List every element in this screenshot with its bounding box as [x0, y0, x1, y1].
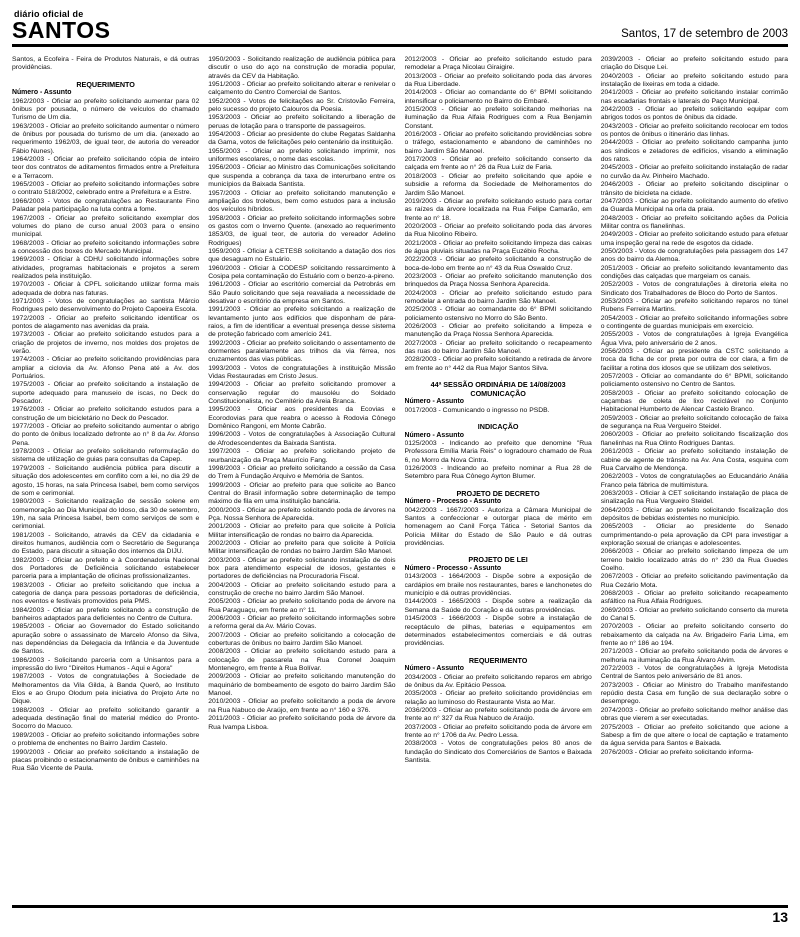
- gazette-entry: 0017/2003 - Comunicando o ingresso no PS…: [405, 407, 592, 415]
- section-column-label: Número - Assunto: [405, 398, 592, 406]
- gazette-entry: 2056/2003 - Oficiar ao presidente da CST…: [601, 348, 788, 373]
- gazette-entry: Santos, a Ecofeira - Feira de Produtos N…: [12, 56, 199, 73]
- gazette-entry: 1954/2003 - Oficiar ao presidente do clu…: [208, 131, 395, 148]
- gazette-entry: 2038/2003 - Votos de congratulações pelo…: [405, 740, 592, 765]
- gazette-entry: 1953/2003 - Oficiar ao prefeito solicita…: [208, 114, 395, 131]
- gazette-entry: 2035/2003 - Oficiar ao prefeito solicita…: [405, 690, 592, 707]
- gazette-entry: 1962/2003 - Oficiar ao prefeito solicita…: [12, 98, 199, 123]
- gazette-entry: 2010/2003 - Oficiar ao prefeito solicita…: [208, 698, 395, 715]
- gazette-entry: 2017/2003 - Oficiar ao prefeito solicita…: [405, 156, 592, 173]
- gazette-entry: 1952/2003 - Votos de felicitações ao Sr.…: [208, 98, 395, 115]
- gazette-entry: 2059/2003 - Oficiar ao prefeito solicita…: [601, 415, 788, 432]
- gazette-entry: 1984/2003 - Oficiar ao prefeito solicita…: [12, 607, 199, 624]
- gazette-entry: 2068/2003 - Oficiar ao prefeito solicita…: [601, 590, 788, 607]
- gazette-entry: 0143/2003 - 1664/2003 - Dispõe sobre a e…: [405, 573, 592, 598]
- gazette-entry: 1976/2003 - Oficiar ao prefeito solicita…: [12, 406, 199, 423]
- gazette-entry: 1979/2003 - Solicitando audiência públic…: [12, 465, 199, 498]
- page-footer: 13: [12, 905, 788, 925]
- gazette-entry: 1982/2003 - Oficiar ao prefeito e à Coor…: [12, 557, 199, 582]
- gazette-entry: 1973/2003 - Oficiar ao prefeito solicita…: [12, 331, 199, 356]
- gazette-entry: 1990/2003 - Oficiar ao prefeito solicita…: [12, 749, 199, 774]
- gazette-entry: 0126/2003 - Indicando ao prefeito nomina…: [405, 465, 592, 482]
- gazette-entry: 1974/2003 - Oficiar ao prefeito solicita…: [12, 356, 199, 381]
- gazette-entry: 2026/2003 - Oficiar ao prefeito solicita…: [405, 323, 592, 340]
- gazette-entry: 2039/2003 - Oficiar ao prefeito solicita…: [601, 56, 788, 73]
- gazette-entry: 2058/2003 - Oficiar ao prefeito solicita…: [601, 390, 788, 415]
- gazette-entry: 1950/2003 - Solicitando realização de au…: [208, 56, 395, 81]
- column-4: 2039/2003 - Oficiar ao prefeito solicita…: [601, 56, 788, 899]
- gazette-entry: 2053/2003 - Oficiar ao prefeito solicita…: [601, 298, 788, 315]
- section-heading: 44ª SESSÃO ORDINÁRIA DE 14/08/2003 COMUN…: [405, 381, 592, 398]
- gazette-entry: 2052/2003 - Votos de congratulações à di…: [601, 281, 788, 298]
- columns-container: Santos, a Ecofeira - Feira de Produtos N…: [12, 56, 788, 899]
- gazette-entry: 2019/2003 - Oficiar ao prefeito solicita…: [405, 198, 592, 223]
- gazette-entry: 2044/2003 - Oficiar ao prefeito solicita…: [601, 139, 788, 164]
- page-number: 13: [12, 909, 788, 925]
- gazette-entry: 1975/2003 - Oficiar ao prefeito solicita…: [12, 381, 199, 406]
- gazette-entry: 2069/2003 - Oficiar ao prefeito solicita…: [601, 607, 788, 624]
- gazette-entry: 2067/2003 - Oficiar ao prefeito solicita…: [601, 573, 788, 590]
- gazette-entry: 2042/2003 - Oficiar ao prefeito solicita…: [601, 106, 788, 123]
- gazette-entry: 1972/2003 - Oficiar ao prefeito solicita…: [12, 315, 199, 332]
- gazette-logo: diário oficial de SANTOS: [12, 10, 110, 42]
- section-heading: REQUERIMENTO: [405, 657, 592, 666]
- gazette-entry: 1996/2003 - Votos de congratulações à As…: [208, 431, 395, 448]
- gazette-entry: 2071/2003 - Oficiar ao prefeito solicita…: [601, 648, 788, 665]
- gazette-entry: 1977/2003 - Oficiar ao prefeito solicita…: [12, 423, 199, 448]
- section-column-label: Número - Processo - Assunto: [405, 565, 592, 573]
- gazette-entry: 2016/2003 - Oficiar ao prefeito solicita…: [405, 131, 592, 156]
- gazette-entry: 2004/2003 - Oficiar ao prefeito solicita…: [208, 582, 395, 599]
- gazette-entry: 0042/2003 - 1667/2003 - Autoriza a Câmar…: [405, 507, 592, 549]
- section-column-label: Número - Assunto: [405, 432, 592, 440]
- gazette-entry: 1958/2003 - Oficiar ao prefeito solicita…: [208, 215, 395, 248]
- gazette-entry: 2034/2003 - Oficiar ao prefeito solicita…: [405, 674, 592, 691]
- gazette-entry: 1983/2003 - Oficiar ao prefeito solicita…: [12, 582, 199, 607]
- gazette-entry: 1965/2003 - Oficiar ao prefeito solicita…: [12, 181, 199, 198]
- gazette-entry: 2013/2003 - Oficiar ao prefeito solicita…: [405, 73, 592, 90]
- gazette-entry: 2048/2003 - Oficiar ao prefeito solicita…: [601, 215, 788, 232]
- gazette-entry: 1989/2003 - Oficiar ao prefeito solicita…: [12, 732, 199, 749]
- column-3: 2012/2003 - Oficiar ao prefeito solicita…: [405, 56, 592, 899]
- gazette-entry: 1964/2003 - Oficiar ao prefeito solicita…: [12, 156, 199, 181]
- gazette-entry: 1995/2003 - Oficiar aos presidentes da E…: [208, 406, 395, 431]
- column-1: Santos, a Ecofeira - Feira de Produtos N…: [12, 56, 199, 899]
- gazette-entry: 2023/2003 - Oficiar ao prefeito solicita…: [405, 273, 592, 290]
- gazette-entry: 2027/2003 - Oficiar ao prefeito solicita…: [405, 340, 592, 357]
- gazette-entry: 2020/2003 - Oficiar ao prefeito solicita…: [405, 223, 592, 240]
- gazette-entry: 1978/2003 - Oficiar ao prefeito solicita…: [12, 448, 199, 465]
- section-column-label: Número - Assunto: [12, 89, 199, 97]
- gazette-entry: 2074/2003 - Oficiar ao prefeito solicita…: [601, 707, 788, 724]
- gazette-entry: 1957/2003 - Oficiar ao prefeito solicita…: [208, 190, 395, 215]
- gazette-entry: 2051/2003 - Oficiar ao prefeito solicita…: [601, 265, 788, 282]
- section-column-label: Número - Processo - Assunto: [405, 498, 592, 506]
- gazette-entry: 2005/2003 - Oficiar ao prefeito solicita…: [208, 598, 395, 615]
- gazette-entry: 1993/2003 - Votos de congratulações à in…: [208, 365, 395, 382]
- gazette-entry: 2075/2003 - Oficiar ao prefeito solicita…: [601, 724, 788, 749]
- gazette-entry: 2061/2003 - Oficiar ao prefeito solicita…: [601, 448, 788, 473]
- section-heading: PROJETO DE DECRETO: [405, 490, 592, 499]
- gazette-entry: 2072/2003 - Votos de congratulações à Ig…: [601, 665, 788, 682]
- gazette-entry: 1956/2003 - Oficiar ao Ministro das Comu…: [208, 164, 395, 189]
- gazette-entry: 2045/2003 - Oficiar ao prefeito solicita…: [601, 164, 788, 181]
- gazette-entry: 2064/2003 - Oficiar ao prefeito solicita…: [601, 507, 788, 524]
- gazette-entry: 2007/2003 - Oficiar ao prefeito solicita…: [208, 632, 395, 649]
- gazette-entry: 2018/2003 - Oficiar ao prefeito solicita…: [405, 173, 592, 198]
- gazette-entry: 1968/2003 - Oficiar ao prefeito solicita…: [12, 240, 199, 257]
- gazette-entry: 0145/2003 - 1666/2003 - Dispõe sobre a i…: [405, 615, 592, 648]
- gazette-entry: 2024/2003 - Oficiar ao prefeito solicita…: [405, 290, 592, 307]
- gazette-entry: 1999/2003 - Oficiar ao prefeito para que…: [208, 482, 395, 507]
- gazette-entry: 1966/2003 - Votos de congratulações ao R…: [12, 198, 199, 215]
- gazette-entry: 1959/2003 - Oficiar à CETESB solicitando…: [208, 248, 395, 265]
- gazette-entry: 1994/2003 - Oficiar ao prefeito solicita…: [208, 381, 395, 406]
- section-heading: PROJETO DE LEI: [405, 556, 592, 565]
- gazette-entry: 2028/2003 - Oficiar ao prefeito solicita…: [405, 356, 592, 373]
- gazette-entry: 2057/2003 - Oficiar ao comandante do 6° …: [601, 373, 788, 390]
- gazette-entry: 2046/2003 - Oficiar ao prefeito solicita…: [601, 181, 788, 198]
- gazette-entry: 2021/2003 - Oficiar ao prefeito solicita…: [405, 240, 592, 257]
- gazette-entry: 2009/2003 - Oficiar ao prefeito solicita…: [208, 673, 395, 698]
- gazette-entry: 2062/2003 - Votos de congratulações ao E…: [601, 473, 788, 490]
- gazette-entry: 1960/2003 - Oficiar à CODESP solicitando…: [208, 265, 395, 282]
- gazette-entry: 2060/2003 - Oficiar ao prefeito solicita…: [601, 431, 788, 448]
- gazette-entry: 2036/2003 - Oficiar ao prefeito solicita…: [405, 707, 592, 724]
- column-2: 1950/2003 - Solicitando realização de au…: [208, 56, 395, 899]
- gazette-entry: 2015/2003 - Oficiar ao prefeito solicita…: [405, 106, 592, 131]
- masthead: diário oficial de SANTOS Santos, 17 de s…: [12, 6, 788, 47]
- edition-date: Santos, 17 de setembro de 2003: [621, 28, 788, 42]
- gazette-entry: 1961/2003 - Oficiar ao escritório comerc…: [208, 281, 395, 306]
- gazette-entry: 1992/2003 - Oficiar ao prefeito solicita…: [208, 340, 395, 365]
- gazette-entry: 2006/2003 - Oficiar ao prefeito solicita…: [208, 615, 395, 632]
- gazette-entry: 1980/2003 - Solicitando realização de se…: [12, 498, 199, 531]
- gazette-entry: 2063/2003 - Oficiar à CET solicitando in…: [601, 490, 788, 507]
- gazette-entry: 2054/2003 - Oficiar ao prefeito solicita…: [601, 315, 788, 332]
- gazette-entry: 1985/2003 - Oficiar ao Governador do Est…: [12, 623, 199, 656]
- gazette-entry: 2047/2003 - Oficiar ao prefeito solicita…: [601, 198, 788, 215]
- gazette-entry: 2014/2003 - Oficiar ao comandante do 6° …: [405, 89, 592, 106]
- gazette-entry: 2065/2003 - Oficiar ao presidente do Sen…: [601, 523, 788, 548]
- section-heading: INDICAÇÃO: [405, 423, 592, 432]
- gazette-entry: 2001/2003 - Oficiar ao prefeito para que…: [208, 523, 395, 540]
- gazette-entry: 1951/2003 - Oficiar ao prefeito solicita…: [208, 81, 395, 98]
- gazette-entry: 2073/2003 - Oficiar ao Ministro do Traba…: [601, 682, 788, 707]
- gazette-entry: 2022/2003 - Oficiar ao prefeito solicita…: [405, 256, 592, 273]
- gazette-entry: 1998/2003 - Oficiar ao prefeito solicita…: [208, 465, 395, 482]
- gazette-entry: 1967/2003 - Oficiar ao prefeito solicita…: [12, 215, 199, 240]
- gazette-entry: 1981/2003 - Solicitando, através da CEV …: [12, 532, 199, 557]
- gazette-entry: 2076/2003 - Oficiar ao prefeito solicita…: [601, 749, 788, 757]
- gazette-entry: 2049/2003 - Oficiar ao prefeito solicita…: [601, 231, 788, 248]
- gazette-entry: 2043/2003 - Oficiar ao prefeito solicita…: [601, 123, 788, 140]
- gazette-entry: 2002/2003 - Oficiar ao prefeito para que…: [208, 540, 395, 557]
- gazette-entry: 1997/2003 - Oficiar ao prefeito solicita…: [208, 448, 395, 465]
- section-heading: REQUERIMENTO: [12, 81, 199, 90]
- gazette-entry: 2011/2003 - Oficiar ao prefeito solicita…: [208, 715, 395, 732]
- gazette-entry: 0125/2003 - Indicando ao prefeito que de…: [405, 440, 592, 465]
- gazette-entry: 2003/2003 - Oficiar ao prefeito solicita…: [208, 557, 395, 582]
- gazette-entry: 2066/2003 - Oficiar ao prefeito solicita…: [601, 548, 788, 573]
- gazette-entry: 1955/2003 - Oficiar ao prefeito solicita…: [208, 148, 395, 165]
- gazette-entry: 2050/2003 - Votos de congratulações pela…: [601, 248, 788, 265]
- gazette-entry: 1970/2003 - Oficiar à CPFL solicitando u…: [12, 281, 199, 298]
- gazette-entry: 2012/2003 - Oficiar ao prefeito solicita…: [405, 56, 592, 73]
- gazette-entry: 2000/2003 - Oficiar ao prefeito solicita…: [208, 507, 395, 524]
- gazette-entry: 0144/2003 - 1665/2003 - Dispõe sobre a r…: [405, 598, 592, 615]
- gazette-entry: 1991/2003 - Oficiar ao prefeito solicita…: [208, 306, 395, 339]
- gazette-entry: 2070/2003 - Oficiar ao prefeito solicita…: [601, 623, 788, 648]
- gazette-entry: 1971/2003 - Votos de congratulações ao s…: [12, 298, 199, 315]
- gazette-entry: 2040/2003 - Oficiar ao prefeito solicita…: [601, 73, 788, 90]
- gazette-entry: 1988/2003 - Oficiar ao prefeito solicita…: [12, 707, 199, 732]
- gazette-entry: 2055/2003 - Votos de congratulações à Ig…: [601, 331, 788, 348]
- gazette-entry: 2037/2003 - Oficiar ao prefeito solicita…: [405, 724, 592, 741]
- gazette-entry: 1969/2003 - Oficiar à CDHU solicitando i…: [12, 256, 199, 281]
- section-column-label: Número - Assunto: [405, 665, 592, 673]
- gazette-entry: 1963/2003 - Oficiar ao prefeito solicita…: [12, 123, 199, 156]
- gazette-page: diário oficial de SANTOS Santos, 17 de s…: [0, 0, 800, 937]
- logo-title: SANTOS: [12, 19, 110, 42]
- gazette-entry: 2008/2003 - Oficiar ao prefeito solicita…: [208, 648, 395, 673]
- gazette-entry: 1987/2003 - Votos de congratulações à So…: [12, 673, 199, 706]
- gazette-entry: 2025/2003 - Oficiar ao comandante do 6° …: [405, 306, 592, 323]
- gazette-entry: 2041/2003 - Oficiar ao prefeito solicita…: [601, 89, 788, 106]
- gazette-entry: 1986/2003 - Solicitando parceria com a U…: [12, 657, 199, 674]
